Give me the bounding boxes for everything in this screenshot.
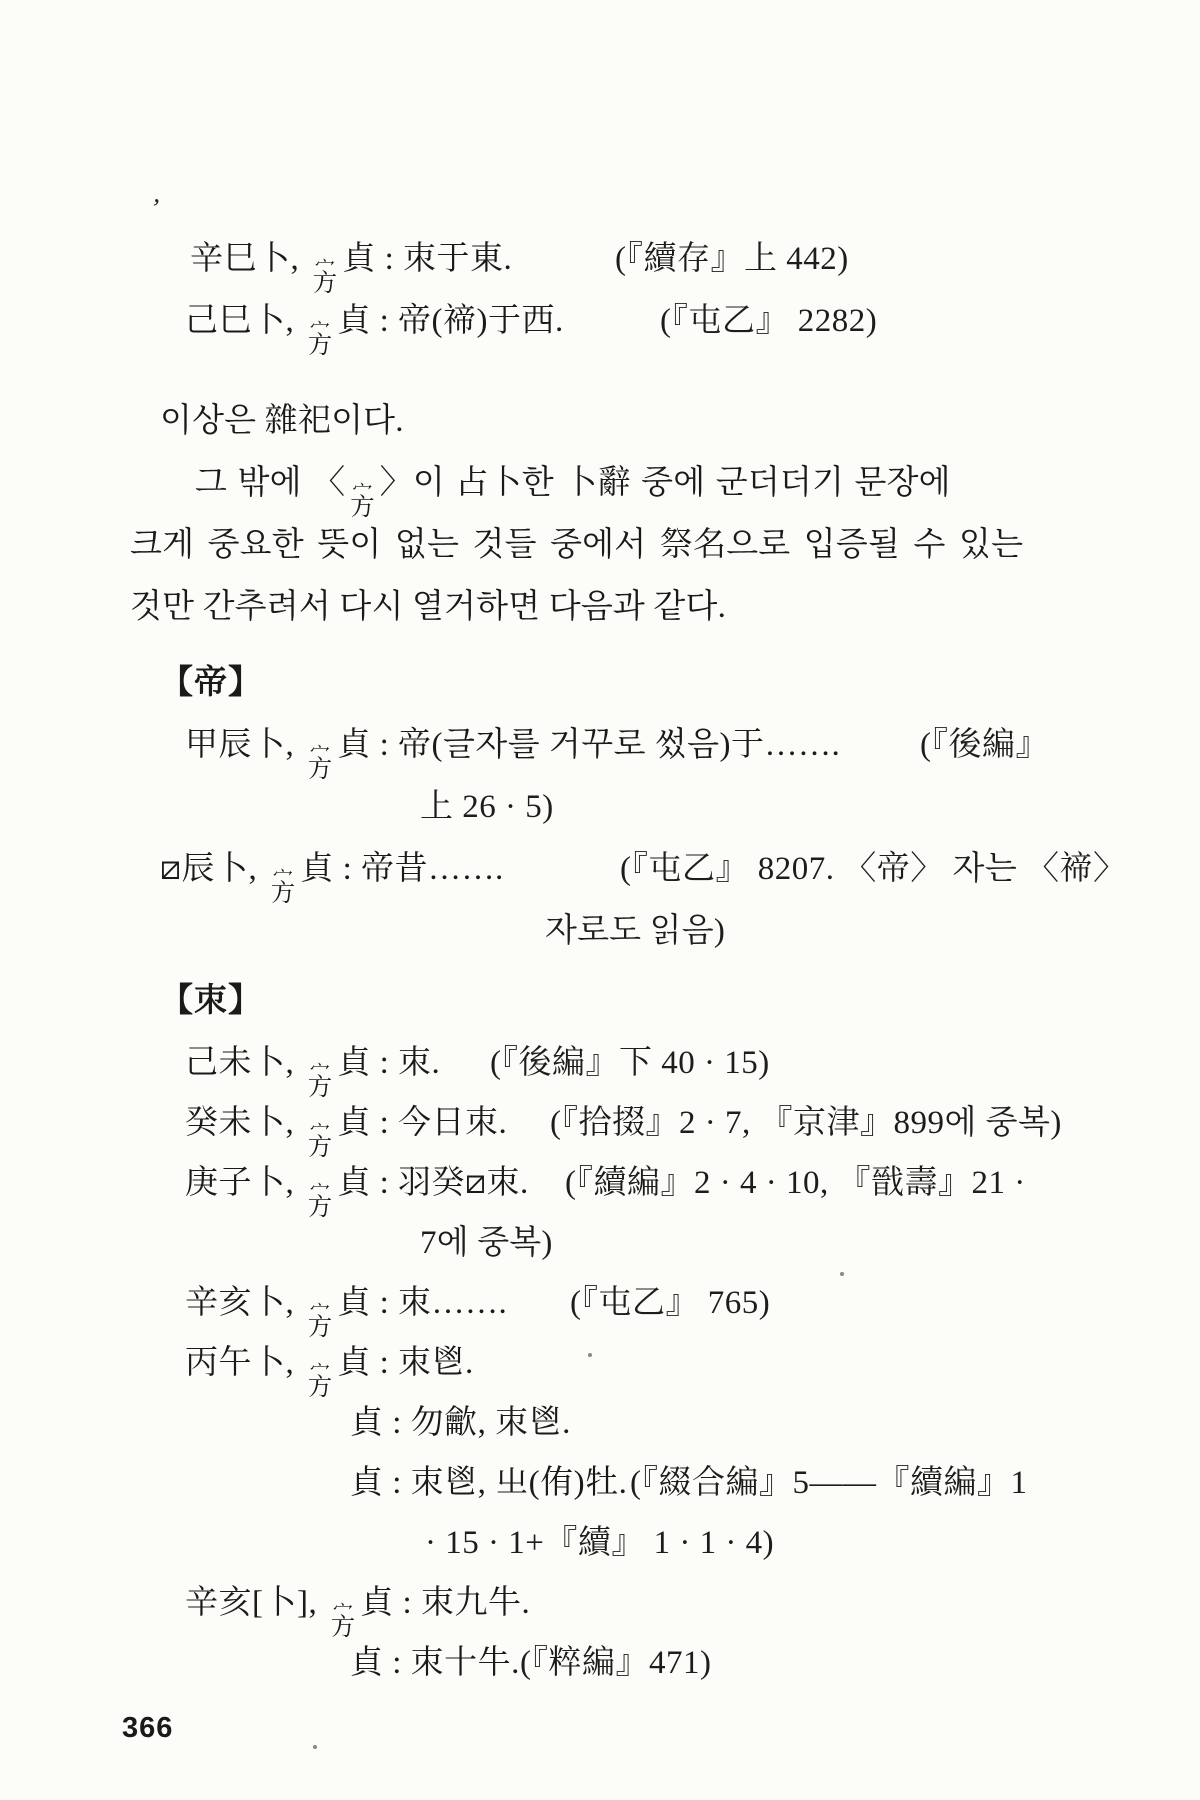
korean-paragraph-line: 크게 중요한 뜻이 없는 것들 중에서 祭名으로 입증될 수 있는 [130, 526, 1023, 566]
line-text: 辛巳卜, [190, 241, 308, 277]
citation: (『綴合編』5——『續編』1 [630, 1464, 1028, 1504]
citation: (『屯乙』 2282) [660, 302, 877, 342]
citation-continuation: 上 26 · 5) [420, 788, 554, 828]
citation: (『後編』下 40 · 15) [490, 1044, 770, 1084]
diviner-composed-char: 宀方 [303, 1307, 337, 1341]
divination-line: 庚子卜, 宀方貞 : 羽癸⧄朿. [185, 1164, 529, 1221]
diviner-composed-char: 宀方 [345, 487, 379, 521]
citation-continuation: · 15 · 1+『續』 1 · 1 · 4) [425, 1524, 774, 1564]
diviner-char-top: 宀 [310, 1128, 330, 1138]
stray-quote-mark: ’ [149, 191, 163, 224]
line-text: 丙午卜, [185, 1345, 303, 1381]
line-text: ⧄辰卜, [160, 851, 266, 887]
ink-speck [840, 1272, 844, 1276]
citation: (『續存』上 442) [615, 240, 849, 280]
divination-line: 己巳卜, 宀方貞 : 帝(禘)于西. [185, 302, 564, 359]
korean-summary-line: 이상은 雜祀이다. [160, 402, 404, 442]
diviner-char-top: 宀 [310, 1308, 330, 1318]
line-text: 癸未卜, [185, 1105, 303, 1141]
korean-paragraph-line: 그 밖에 〈宀方〉이 占卜한 卜辭 중에 군더더기 문장에 [195, 464, 951, 521]
ink-speck [588, 1353, 592, 1357]
diviner-composed-char: 宀方 [303, 1067, 337, 1101]
line-text: 〉이 占卜한 卜辭 중에 군더더기 문장에 [380, 465, 951, 501]
citation-continuation: 7에 중복) [420, 1224, 553, 1264]
page-number: 366 [122, 1712, 173, 1745]
line-text: 庚子卜, [185, 1165, 303, 1201]
citation: (『屯乙』 765) [570, 1284, 770, 1324]
line-text: 貞 : 帝(禘)于西. [337, 303, 563, 339]
line-text: 貞 : 朿……. [337, 1285, 507, 1321]
line-text: 甲辰卜, [185, 727, 303, 763]
line-text: 貞 : 朿. [337, 1045, 440, 1081]
citation: (『續編』2 · 4 · 10, 『戩壽』21 · [565, 1164, 1026, 1204]
line-text: 貞 : 今日朿. [337, 1105, 507, 1141]
diviner-composed-char: 宀方 [303, 1187, 337, 1221]
citation: (『後編』 [920, 726, 1049, 766]
divination-line: 辛亥卜, 宀方貞 : 朿……. [185, 1284, 507, 1341]
diviner-char-top: 宀 [310, 1368, 330, 1378]
diviner-composed-char: 宀方 [303, 1367, 337, 1401]
diviner-char-top: 宀 [315, 264, 335, 274]
divination-line: 己未卜, 宀方貞 : 朿. [185, 1044, 440, 1101]
line-text: 己未卜, [185, 1045, 303, 1081]
diviner-char-top: 宀 [310, 750, 330, 760]
section-heading-ci: 【朿】 [160, 982, 262, 1022]
line-text: 貞 : 帝(글자를 거꾸로 썼음)于……. [337, 727, 840, 763]
citation-continuation: 자로도 읽음) [545, 912, 725, 952]
divination-line: 丙午卜, 宀方貞 : 朿鬯. [185, 1344, 474, 1401]
divination-line: 貞 : 朿十牛. [350, 1644, 520, 1684]
diviner-char-top: 宀 [310, 1188, 330, 1198]
diviner-composed-char: 宀方 [303, 749, 337, 783]
korean-paragraph-line: 것만 간추려서 다시 열거하면 다음과 같다. [130, 588, 726, 628]
line-text: 辛亥卜, [185, 1285, 303, 1321]
line-text: 辛亥[卜], [185, 1585, 326, 1621]
diviner-char-top: 宀 [353, 488, 373, 498]
line-text: 貞 : 朿于東. [342, 241, 512, 277]
line-text: 貞 : 帝昔……. [300, 851, 503, 887]
scanned-page: ’ 辛巳卜, 宀方貞 : 朿于東. (『續存』上 442) 己巳卜, 宀方貞 :… [0, 0, 1200, 1800]
line-text: 貞 : 朿九牛. [360, 1585, 530, 1621]
diviner-composed-char: 宀方 [303, 1127, 337, 1161]
divination-line: 癸未卜, 宀方貞 : 今日朿. [185, 1104, 507, 1161]
diviner-composed-char: 宀方 [308, 263, 342, 297]
divination-line: 辛巳卜, 宀方貞 : 朿于東. [190, 240, 512, 297]
diviner-char-top: 宀 [310, 1068, 330, 1078]
ink-speck [313, 1745, 317, 1749]
diviner-composed-char: 宀方 [266, 873, 300, 907]
citation: (『屯乙』 8207. 〈帝〉 자는 〈禘〉 [620, 850, 1127, 890]
line-text: 그 밖에 〈 [195, 465, 345, 501]
line-text: 貞 : 羽癸⧄朿. [337, 1165, 528, 1201]
divination-line: 辛亥[卜], 宀方貞 : 朿九牛. [185, 1584, 530, 1641]
diviner-char-top: 宀 [273, 874, 293, 884]
citation: (『拾掇』2 · 7, 『京津』899에 중복) [550, 1104, 1062, 1144]
diviner-char-top: 宀 [310, 326, 330, 336]
divination-line: 貞 : 勿龡, 朿鬯. [350, 1404, 571, 1444]
line-text: 己巳卜, [185, 303, 303, 339]
diviner-composed-char: 宀方 [326, 1607, 360, 1641]
line-text: 貞 : 朿鬯. [337, 1345, 473, 1381]
divination-line: 甲辰卜, 宀方貞 : 帝(글자를 거꾸로 썼음)于……. [185, 726, 840, 783]
diviner-char-top: 宀 [333, 1608, 353, 1618]
citation: (『粹編』471) [520, 1644, 711, 1684]
divination-line: ⧄辰卜, 宀方貞 : 帝昔……. [160, 850, 504, 907]
diviner-composed-char: 宀方 [303, 325, 337, 359]
divination-line: 貞 : 朿鬯, 㞢(侑)牡. [350, 1464, 627, 1504]
section-heading-di: 【帝】 [160, 664, 262, 704]
